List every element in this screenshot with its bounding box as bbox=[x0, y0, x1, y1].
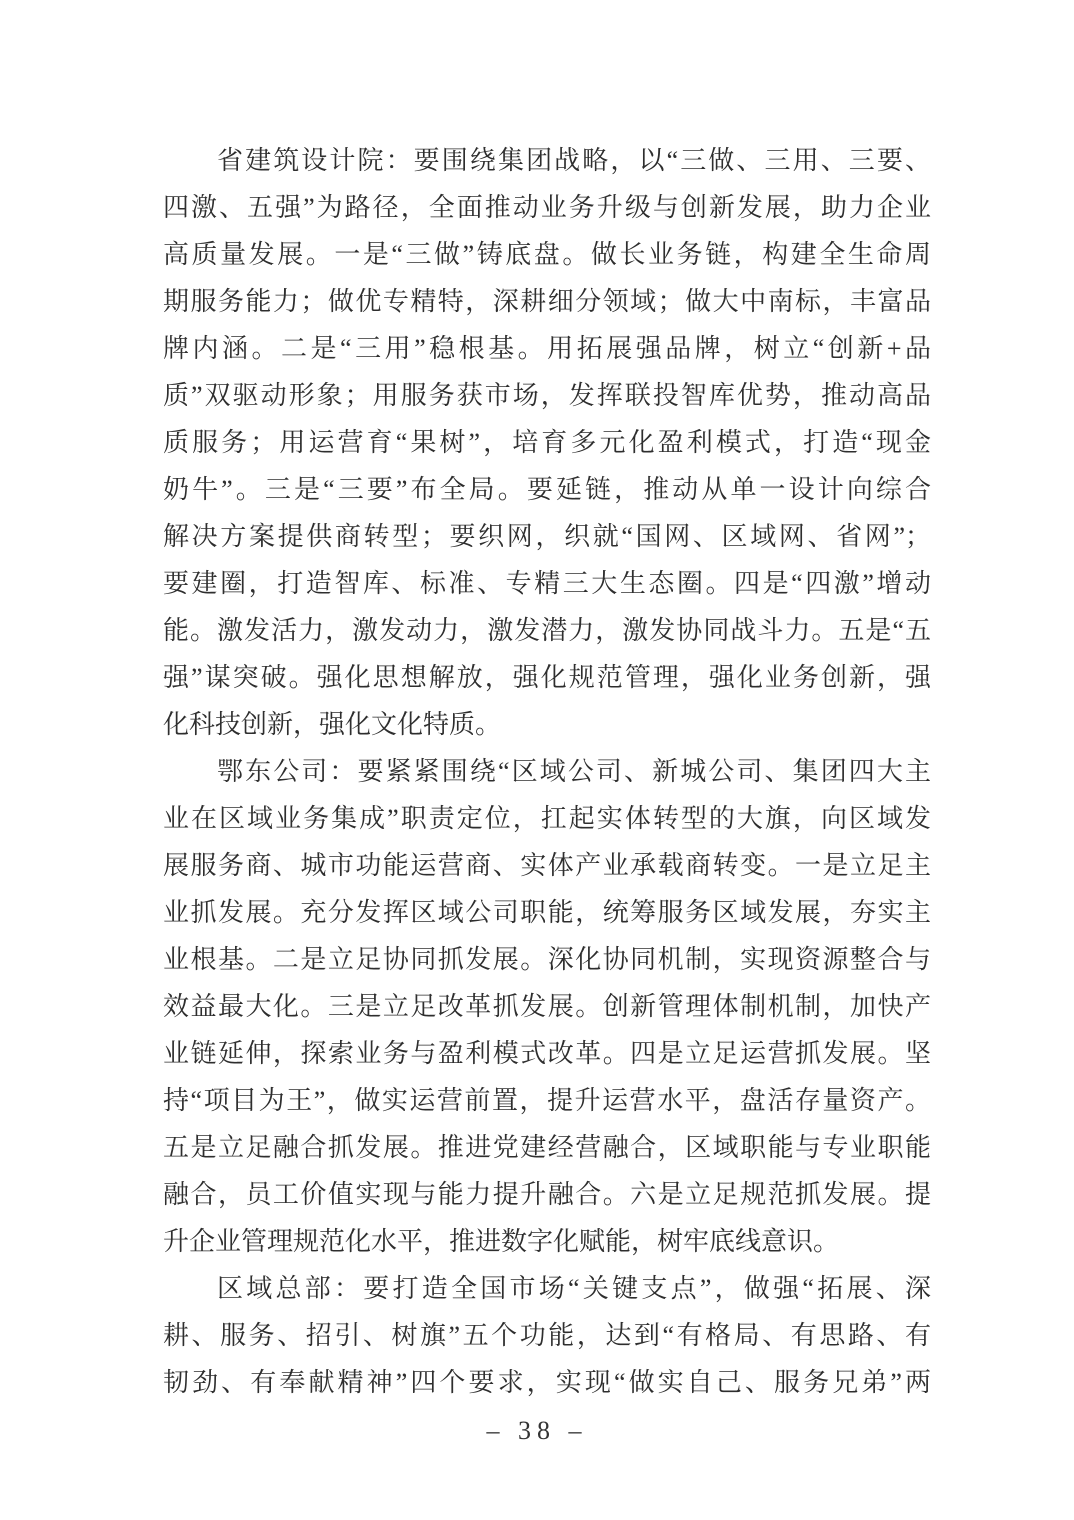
text-line: 展服务商、城市功能运营商、实体产业承载商转变。一是立足主 bbox=[163, 842, 931, 889]
text-line: 牌内涵。二是“三用”稳根基。用拓展强品牌，树立“创新+品 bbox=[163, 325, 931, 372]
text-line: 能。激发活力，激发动力，激发潜力，激发协同战斗力。五是“五 bbox=[163, 607, 931, 654]
text-line: 升企业管理规范化水平，推进数字化赋能，树牢底线意识。 bbox=[163, 1218, 931, 1265]
paragraph: 省建筑设计院：要围绕集团战略，以“三做、三用、三要、四激、五强”为路径，全面推动… bbox=[163, 137, 931, 748]
text-line: 区域总部：要打造全国市场“关键支点”，做强“拓展、深 bbox=[163, 1265, 931, 1312]
text-line: 效益最大化。三是立足改革抓发展。创新管理体制机制，加快产 bbox=[163, 983, 931, 1030]
text-line: 业抓发展。充分发挥区域公司职能，统筹服务区域发展，夯实主 bbox=[163, 889, 931, 936]
text-line: 耕、服务、招引、树旗”五个功能，达到“有格局、有思路、有 bbox=[163, 1312, 931, 1359]
document-body: 省建筑设计院：要围绕集团战略，以“三做、三用、三要、四激、五强”为路径，全面推动… bbox=[163, 137, 931, 1406]
paragraph: 区域总部：要打造全国市场“关键支点”，做强“拓展、深耕、服务、招引、树旗”五个功… bbox=[163, 1265, 931, 1406]
text-line: 质”双驱动形象；用服务获市场，发挥联投智库优势，推动高品 bbox=[163, 372, 931, 419]
text-line: 省建筑设计院：要围绕集团战略，以“三做、三用、三要、 bbox=[163, 137, 931, 184]
text-line: 业在区域业务集成”职责定位，扛起实体转型的大旗，向区域发 bbox=[163, 795, 931, 842]
text-line: 质服务；用运营育“果树”，培育多元化盈利模式，打造“现金 bbox=[163, 419, 931, 466]
text-line: 四激、五强”为路径，全面推动业务升级与创新发展，助力企业 bbox=[163, 184, 931, 231]
text-line: 业根基。二是立足协同抓发展。深化协同机制，实现资源整合与 bbox=[163, 936, 931, 983]
text-line: 奶牛”。三是“三要”布全局。要延链，推动从单一设计向综合 bbox=[163, 466, 931, 513]
text-line: 韧劲、有奉献精神”四个要求，实现“做实自己、服务兄弟”两 bbox=[163, 1359, 931, 1406]
text-line: 化科技创新，强化文化特质。 bbox=[163, 701, 931, 748]
text-line: 融合，员工价值实现与能力提升融合。六是立足规范抓发展。提 bbox=[163, 1171, 931, 1218]
page-number: – 38 – bbox=[487, 1416, 588, 1445]
paragraph: 鄂东公司：要紧紧围绕“区域公司、新城公司、集团四大主业在区域业务集成”职责定位，… bbox=[163, 748, 931, 1265]
text-line: 强”谋突破。强化思想解放，强化规范管理，强化业务创新，强 bbox=[163, 654, 931, 701]
text-line: 业链延伸，探索业务与盈利模式改革。四是立足运营抓发展。坚 bbox=[163, 1030, 931, 1077]
text-line: 期服务能力；做优专精特，深耕细分领域；做大中南标，丰富品 bbox=[163, 278, 931, 325]
document-page: 省建筑设计院：要围绕集团战略，以“三做、三用、三要、四激、五强”为路径，全面推动… bbox=[0, 0, 1074, 1520]
text-line: 五是立足融合抓发展。推进党建经营融合，区域职能与专业职能 bbox=[163, 1124, 931, 1171]
text-line: 要建圈，打造智库、标准、专精三大生态圈。四是“四激”增动 bbox=[163, 560, 931, 607]
text-line: 鄂东公司：要紧紧围绕“区域公司、新城公司、集团四大主 bbox=[163, 748, 931, 795]
text-line: 解决方案提供商转型；要织网，织就“国网、区域网、省网”； bbox=[163, 513, 931, 560]
text-line: 高质量发展。一是“三做”铸底盘。做长业务链，构建全生命周 bbox=[163, 231, 931, 278]
page-footer: – 38 – bbox=[0, 1414, 1074, 1448]
text-line: 持“项目为王”，做实运营前置，提升运营水平，盘活存量资产。 bbox=[163, 1077, 931, 1124]
